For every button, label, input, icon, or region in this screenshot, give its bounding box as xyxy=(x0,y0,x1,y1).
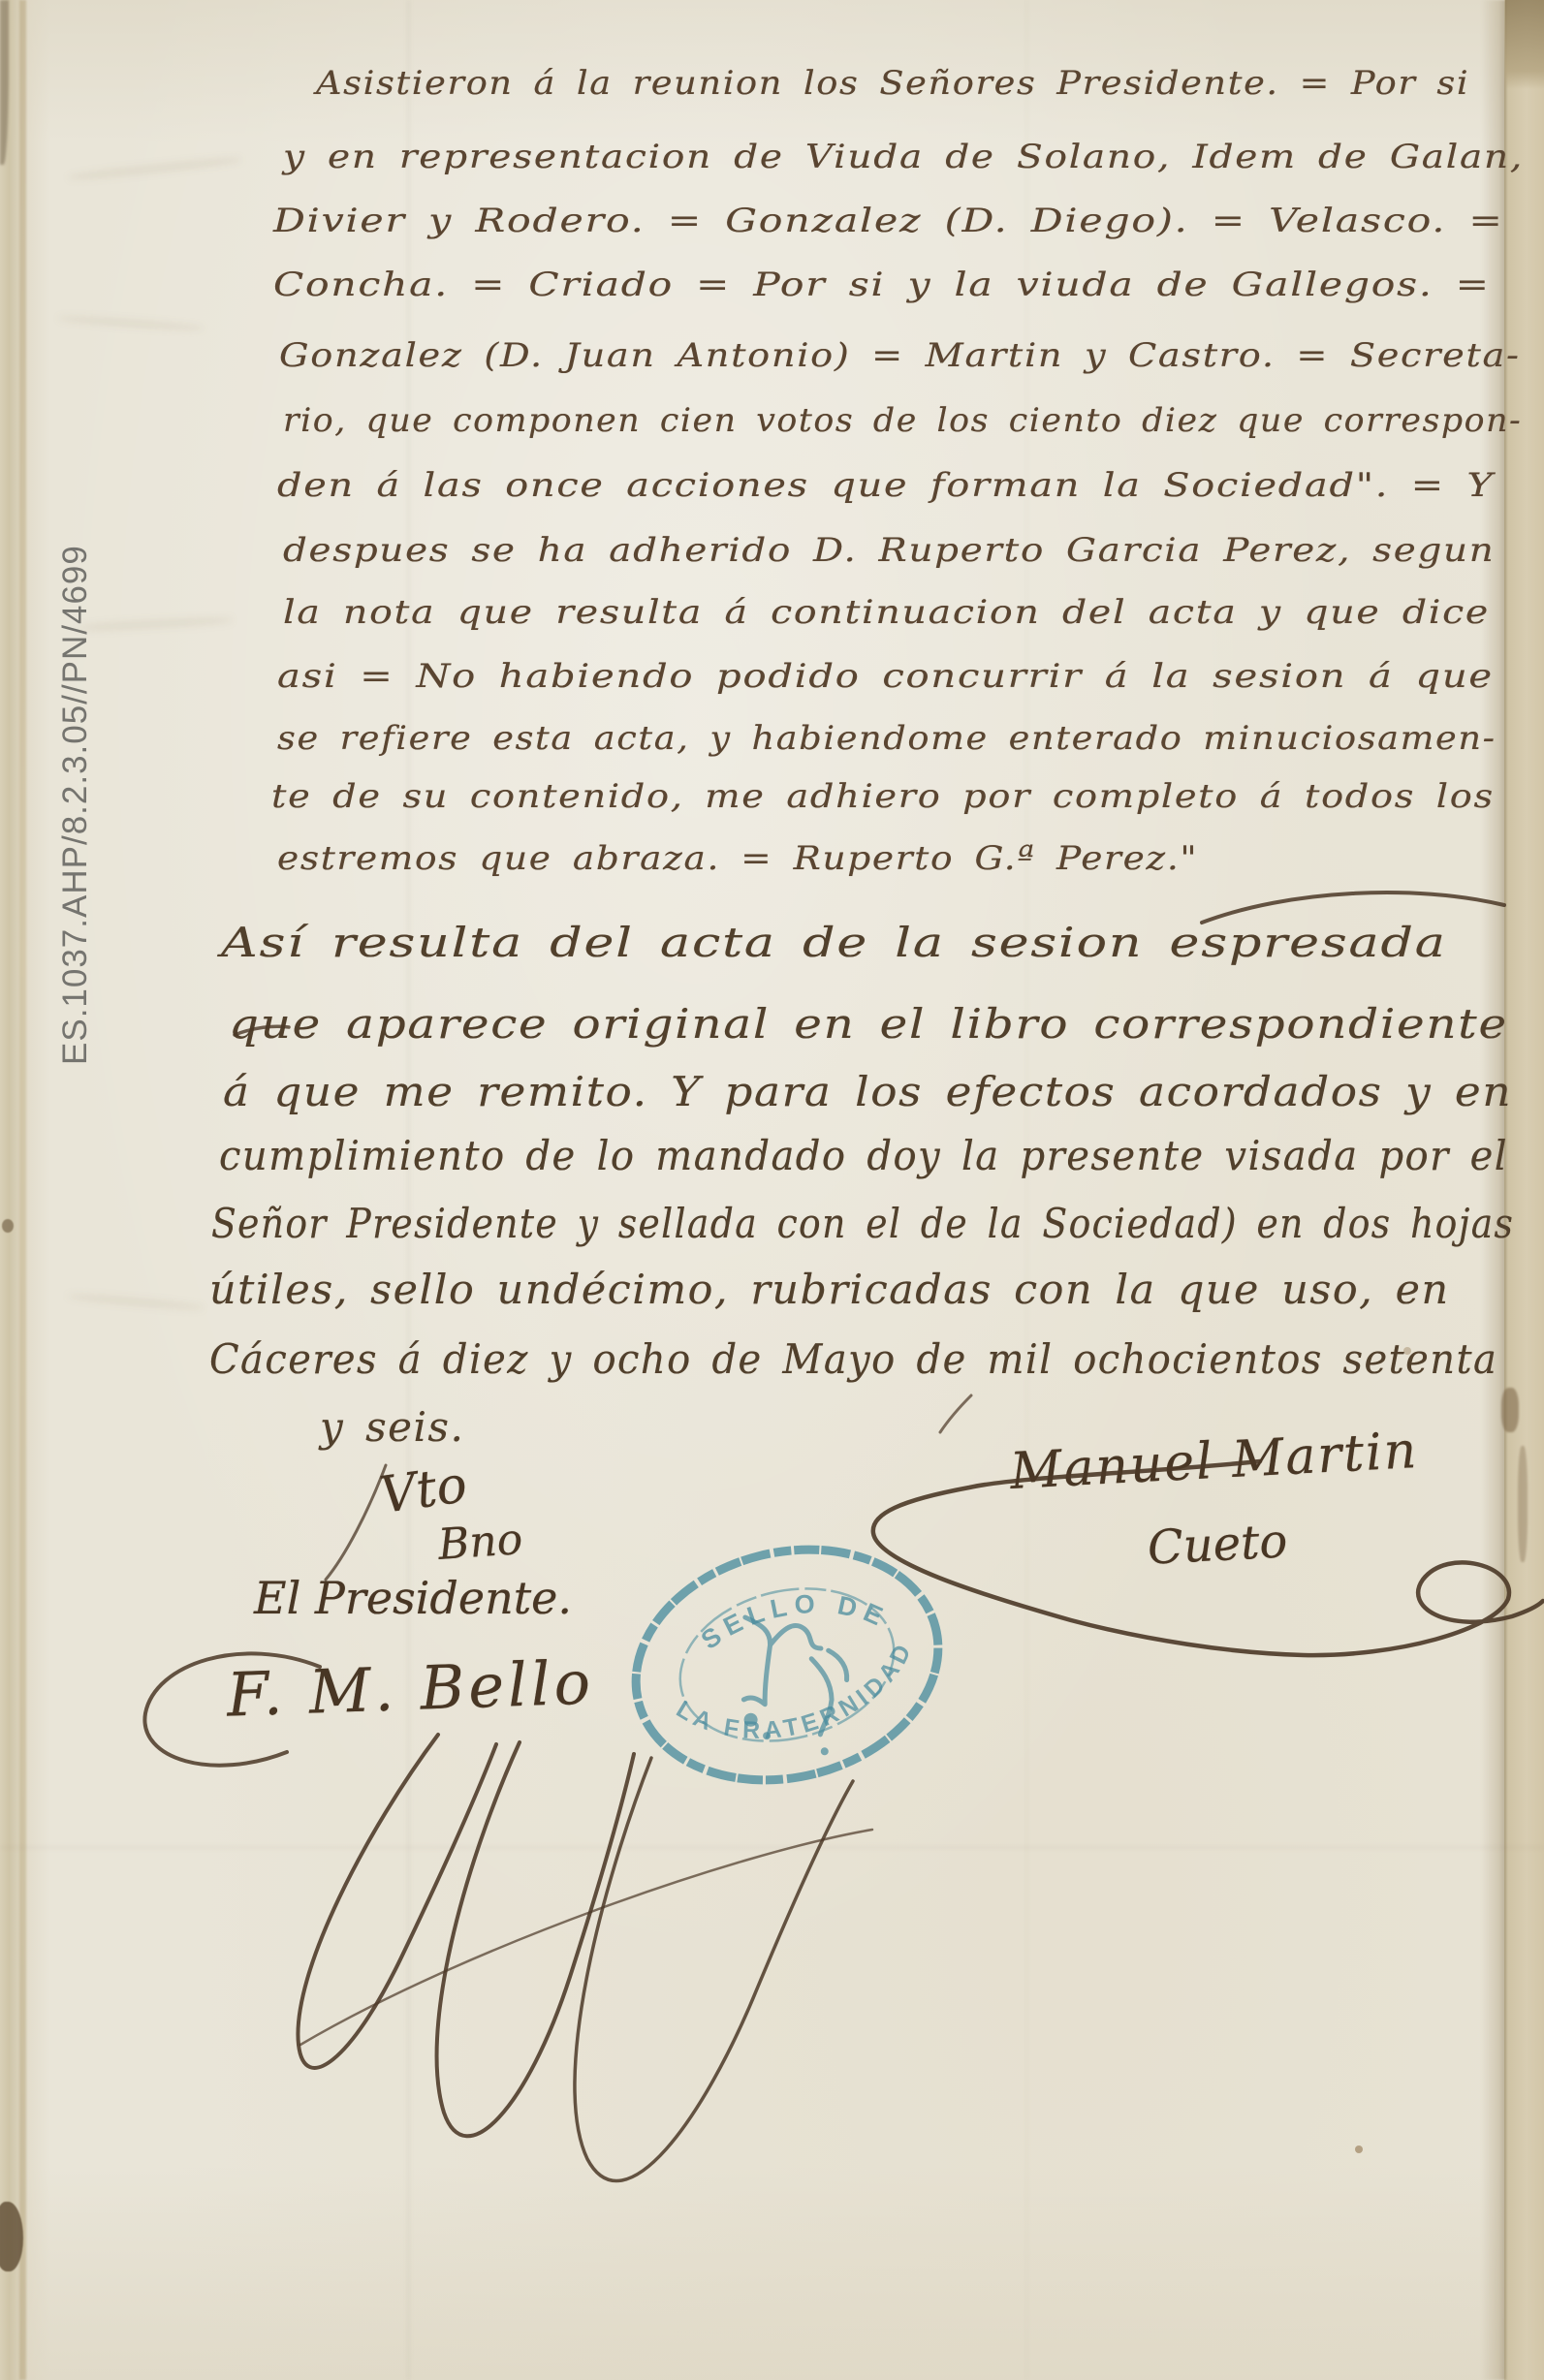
secretary-rubric-entry xyxy=(940,1395,971,1432)
president-title: El Presidente. xyxy=(254,1572,572,1624)
vto-abbreviation: Vto xyxy=(376,1456,470,1525)
bleed-through-stroke xyxy=(68,156,242,182)
manuscript-page: ES.1037.AHP/8.2.3.05//PN/4699 Asistieron… xyxy=(0,0,1544,2380)
president-rubric-loop2 xyxy=(437,1742,634,2136)
ink-smudge xyxy=(1501,1388,1519,1432)
president-rubric-loop1 xyxy=(298,1735,496,2068)
manuscript-line: estremos que abraza. = Ruperto G.ª Perez… xyxy=(277,839,1198,878)
manuscript-line: Cáceres á diez y ocho de Mayo de mil och… xyxy=(209,1335,1497,1383)
manuscript-line: y seis. xyxy=(320,1403,464,1451)
manuscript-line: Divier y Rodero. = Gonzalez (D. Diego). … xyxy=(273,202,1504,240)
manuscript-line: á que me remito. Y para los efectos acor… xyxy=(223,1068,1512,1115)
manuscript-line: te de su contenido, me adhiero por compl… xyxy=(271,777,1495,816)
society-stamp: SELLO DE LA FRATERNIDAD xyxy=(583,1482,992,1848)
manuscript-line: Señor Presidente y sellada con el de la … xyxy=(211,1200,1514,1247)
stamp-top-text: SELLO DE xyxy=(692,1567,899,1677)
left-fold-crease xyxy=(19,0,26,2380)
archive-reference: ES.1037.AHP/8.2.3.05//PN/4699 xyxy=(50,454,101,1156)
manuscript-line: despues se ha adherido D. Ruperto Garcia… xyxy=(283,531,1495,570)
manuscript-line: den á las once acciones que forman la So… xyxy=(277,466,1494,505)
right-top-corner-dark xyxy=(1505,0,1544,89)
manuscript-line: Asistieron á la reunion los Señores Pres… xyxy=(316,64,1469,103)
manuscript-line: cumplimiento de lo mandado doy la presen… xyxy=(219,1132,1508,1179)
manuscript-line: rio, que componen cien votos de los cien… xyxy=(283,401,1522,440)
horizontal-crease xyxy=(0,1846,1544,1849)
manuscript-line: se refiere esta acta, y habiendome enter… xyxy=(277,719,1497,758)
bleed-through-stroke xyxy=(58,315,204,331)
paper-fleck xyxy=(1355,2145,1363,2153)
manuscript-line: y en representacion de Viuda de Solano, … xyxy=(283,138,1524,176)
manuscript-line: útiles, sello undécimo, rubricadas con l… xyxy=(209,1266,1450,1313)
manuscript-line: Así resulta del acta de la sesion espres… xyxy=(221,919,1447,966)
svg-text:SELLO DE: SELLO DE xyxy=(692,1567,899,1677)
stamp-bottom-text: LA FRATERNIDAD xyxy=(665,1631,932,1769)
secretary-signature-surname: Cueto xyxy=(1147,1514,1289,1575)
manuscript-line: que aparece original en el libro corresp… xyxy=(229,1000,1508,1048)
edge-streak xyxy=(1518,1446,1528,1562)
manuscript-line: la nota que resulta á continuacion del a… xyxy=(283,593,1490,632)
president-signature: F. M. Bello xyxy=(226,1646,595,1730)
paper-spot xyxy=(2,1219,14,1233)
bno-abbreviation: Bno xyxy=(436,1515,524,1570)
manuscript-line: Gonzalez (D. Juan Antonio) = Martin y Ca… xyxy=(279,336,1521,375)
bleed-through-stroke xyxy=(68,1293,204,1311)
secretary-signature-name: Manuel Martin xyxy=(1009,1422,1420,1501)
svg-text:LA FRATERNIDAD: LA FRATERNIDAD xyxy=(665,1631,932,1769)
manuscript-line: Concha. = Criado = Por si y la viuda de … xyxy=(273,266,1491,304)
manuscript-line: asi = No habiendo podido concurrir á la … xyxy=(277,657,1494,696)
president-rubric-cross xyxy=(300,1830,872,2045)
vto-rubric xyxy=(326,1465,386,1580)
